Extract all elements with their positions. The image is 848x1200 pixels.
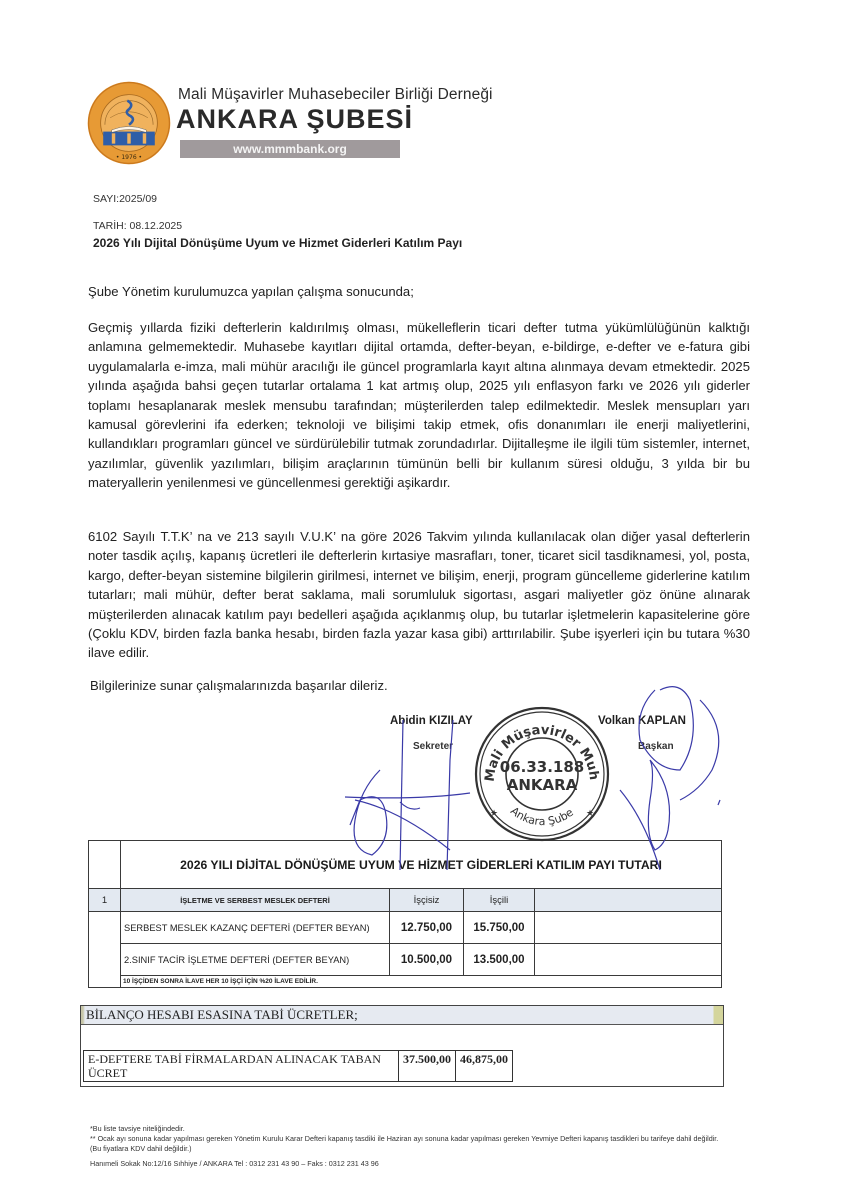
empty-cell [535, 944, 722, 976]
paragraph-2: 6102 Sayılı T.T.K’ na ve 213 sayılı V.U.… [88, 527, 750, 663]
section-index: 1 [89, 889, 121, 912]
fee-table-corner [89, 841, 121, 889]
branch-name: ANKARA ŞUBESİ [176, 104, 413, 135]
signatory-secretary-title: Sekreter [413, 741, 453, 752]
document-date: TARİH: 08.12.2025 [93, 220, 182, 232]
signatory-president-title: Başkan [638, 741, 674, 752]
association-logo-icon: • 1976 • [86, 80, 172, 166]
signatory-secretary-name: Abidin KIZILAY [390, 715, 473, 727]
table-row: 2.SINIF TACİR İŞLETME DEFTERİ (DEFTER BE… [89, 944, 722, 976]
balance-sheet-fees: BİLANÇO HESABI ESASINA TABİ ÜCRETLER; E-… [80, 1005, 724, 1087]
website-bar: www.mmmbank.org [180, 140, 400, 158]
amount-2: 46,875,00 [456, 1051, 513, 1082]
balance-sheet-title: BİLANÇO HESABI ESASINA TABİ ÜCRETLER; [81, 1006, 723, 1024]
website-link[interactable]: www.mmmbank.org [180, 140, 400, 158]
balance-sheet-table: E-DEFTERE TABİ FİRMALARDAN ALINACAK TABA… [83, 1050, 513, 1082]
column-header-iscisiz: İşçisiz [390, 889, 464, 912]
row-label: SERBEST MESLEK KAZANÇ DEFTERİ (DEFTER BE… [121, 912, 390, 944]
amount-iscili: 15.750,00 [464, 912, 535, 944]
closing-line: Bilgilerinize sunar çalışmalarınızda baş… [90, 676, 752, 695]
organization-name: Mali Müşavirler Muhasebeciler Birliği De… [178, 86, 493, 104]
stamp-number: 06.33.188 [500, 758, 584, 776]
column-header-iscili: İşçili [464, 889, 535, 912]
row-label: 2.SINIF TACİR İŞLETME DEFTERİ (DEFTER BE… [121, 944, 390, 976]
paragraph-1: Geçmiş yıllarda fiziki defterlerin kaldı… [88, 318, 750, 493]
amount-iscisiz: 12.750,00 [390, 912, 464, 944]
row-index-empty [89, 912, 121, 988]
empty-cell [535, 912, 722, 944]
table-row: SERBEST MESLEK KAZANÇ DEFTERİ (DEFTER BE… [89, 912, 722, 944]
section-label: İŞLETME VE SERBEST MESLEK DEFTERİ [121, 889, 390, 912]
document-subject: 2026 Yılı Dijital Dönüşüme Uyum ve Hizme… [93, 236, 462, 250]
fee-table-subheader: 1 İŞLETME VE SERBEST MESLEK DEFTERİ İşçi… [89, 889, 722, 912]
column-header-empty [535, 889, 722, 912]
address-line: Hanımeli Sokak No:12/16 Sıhhiye / ANKARA… [90, 1159, 379, 1169]
fee-table-note: 10 İŞÇİDEN SONRA İLAVE HER 10 İŞÇİ İÇİN … [121, 976, 722, 988]
greeting: Şube Yönetim kurulumuzca yapılan çalışma… [88, 282, 750, 301]
svg-text:★: ★ [586, 808, 594, 818]
svg-text:• 1976 •: • 1976 • [116, 154, 142, 161]
fee-table-title: 2026 YILI DİJİTAL DÖNÜŞÜME UYUM VE HİZME… [121, 841, 722, 889]
amount-iscili: 13.500,00 [464, 944, 535, 976]
document-number: SAYI:2025/09 [93, 193, 157, 205]
svg-text:★: ★ [490, 808, 498, 818]
balance-sheet-header: BİLANÇO HESABI ESASINA TABİ ÜCRETLER; [81, 1006, 723, 1025]
row-label: E-DEFTERE TABİ FİRMALARDAN ALINACAK TABA… [84, 1051, 399, 1082]
fee-table: 2026 YILI DİJİTAL DÖNÜŞÜME UYUM VE HİZME… [88, 840, 722, 988]
official-stamp-icon: Mali Müşavirler Muhasebeciler Birliği An… [472, 704, 612, 844]
footnote-1: *Bu liste tavsiye niteliğindedir. [90, 1124, 185, 1134]
footnote-2: ** Ocak ayı sonuna kadar yapılması gerek… [90, 1134, 730, 1154]
amount-iscisiz: 10.500,00 [390, 944, 464, 976]
stamp-city: ANKARA [507, 776, 578, 794]
amount-1: 37.500,00 [399, 1051, 456, 1082]
table-row: E-DEFTERE TABİ FİRMALARDAN ALINACAK TABA… [84, 1051, 513, 1082]
